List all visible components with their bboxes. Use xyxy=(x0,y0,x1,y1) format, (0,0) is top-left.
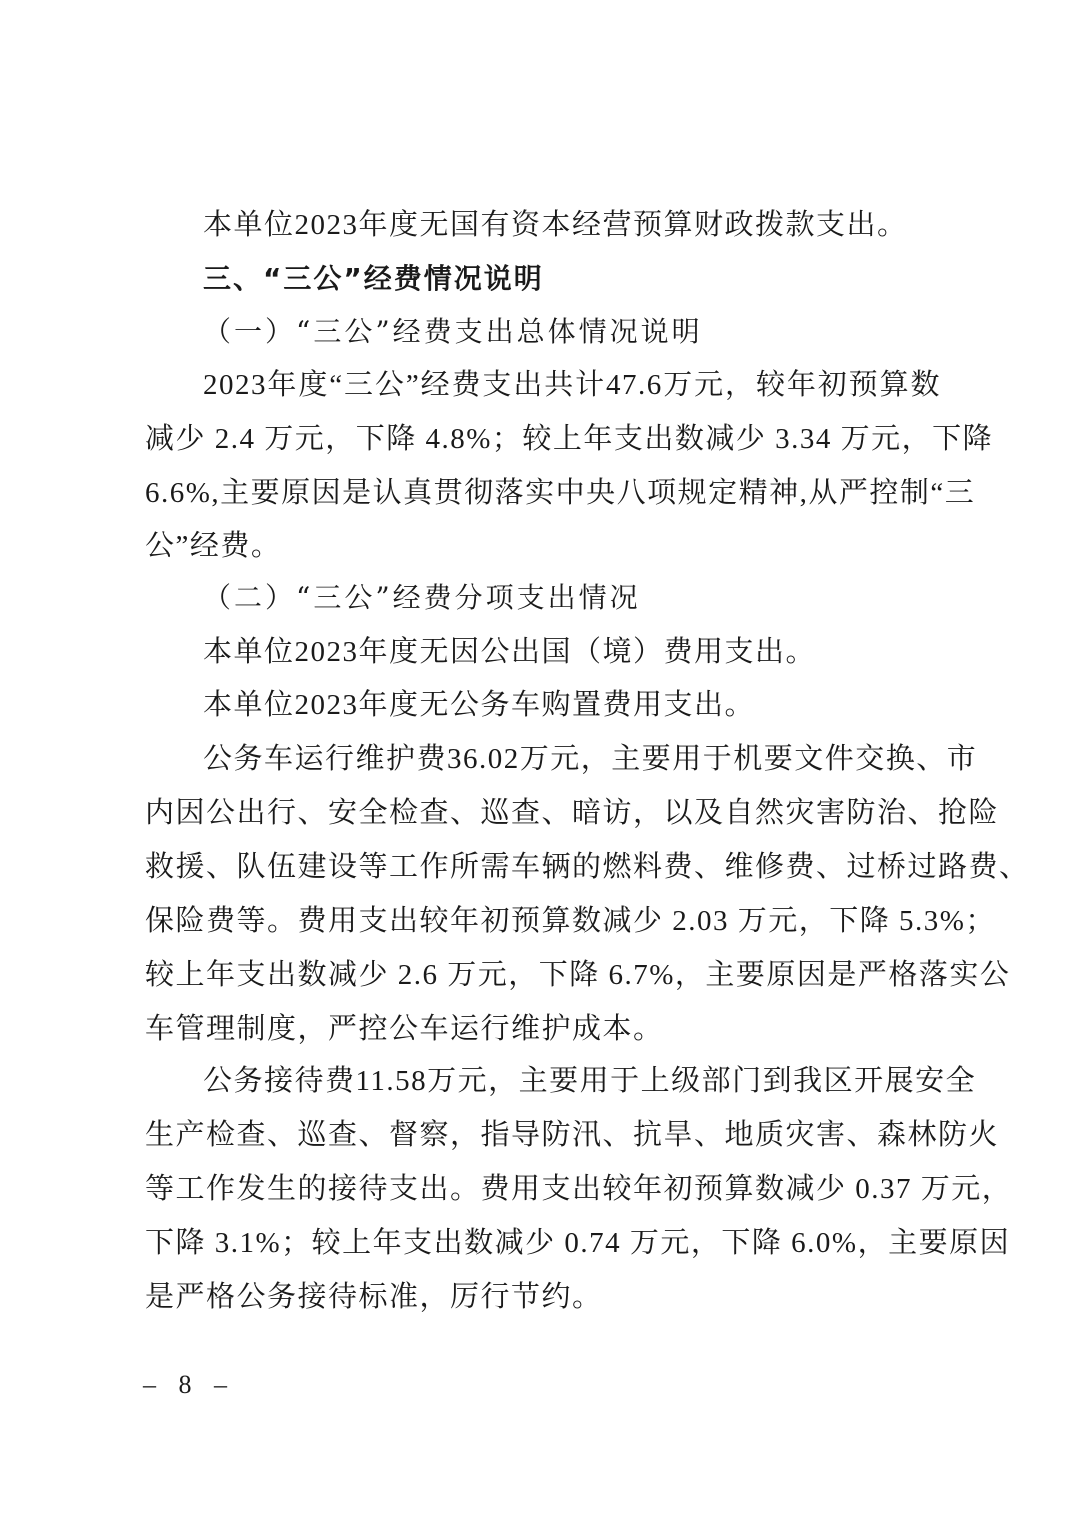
paragraph-no-vehicle-purchase: 本单位2023年度无公务车购置费用支出。 xyxy=(203,687,941,723)
paragraph-vehicle-maintenance-line-6: 车管理制度，严控公车运行维护成本。 xyxy=(145,1011,941,1047)
paragraph-reception-line-5: 是严格公务接待标准，厉行节约。 xyxy=(145,1279,941,1315)
page-number: – 8 – xyxy=(143,1370,235,1400)
paragraph-reception-line-4: 下降 3.1%；较上年支出数减少 0.74 万元，下降 6.0%，主要原因 xyxy=(145,1225,941,1261)
paragraph-no-state-capital-budget: 本单位2023年度无国有资本经营预算财政拨款支出。 xyxy=(203,207,941,243)
paragraph-vehicle-maintenance-line-4: 保险费等。费用支出较年初预算数减少 2.03 万元，下降 5.3%； xyxy=(145,903,941,939)
section-heading-three-public-expenses: 三、“三公”经费情况说明 xyxy=(203,261,941,297)
paragraph-vehicle-maintenance-line-2: 内因公出行、安全检查、巡查、暗访，以及自然灾害防治、抢险 xyxy=(145,795,941,831)
paragraph-overall-line-2: 减少 2.4 万元，下降 4.8%；较上年支出数减少 3.34 万元，下降 xyxy=(145,421,941,457)
paragraph-vehicle-maintenance-line-3: 救援、队伍建设等工作所需车辆的燃料费、维修费、过桥过路费、 xyxy=(145,849,941,885)
subsection-heading-itemized: （二）“三公”经费分项支出情况 xyxy=(203,580,941,616)
paragraph-overall-line-3: 6.6%,主要原因是认真贯彻落实中央八项规定精神,从严控制“三 xyxy=(145,475,941,511)
paragraph-vehicle-maintenance-line-5: 较上年支出数减少 2.6 万元，下降 6.7%，主要原因是严格落实公 xyxy=(145,957,941,993)
paragraph-reception-line-2: 生产检查、巡查、督察，指导防汛、抗旱、地质灾害、森林防火 xyxy=(145,1117,941,1153)
paragraph-overall-line-4: 公”经费。 xyxy=(145,528,941,564)
paragraph-reception-line-3: 等工作发生的接待支出。费用支出较年初预算数减少 0.37 万元， xyxy=(145,1171,941,1207)
paragraph-overall-line-1: 2023年度“三公”经费支出共计47.6万元，较年初预算数 xyxy=(203,367,941,403)
paragraph-vehicle-maintenance-line-1: 公务车运行维护费36.02万元，主要用于机要文件交换、市 xyxy=(203,741,941,777)
paragraph-no-overseas-travel: 本单位2023年度无因公出国（境）费用支出。 xyxy=(203,634,941,670)
subsection-heading-overall: （一）“三公”经费支出总体情况说明 xyxy=(203,314,941,350)
paragraph-reception-line-1: 公务接待费11.58万元，主要用于上级部门到我区开展安全 xyxy=(203,1063,941,1099)
